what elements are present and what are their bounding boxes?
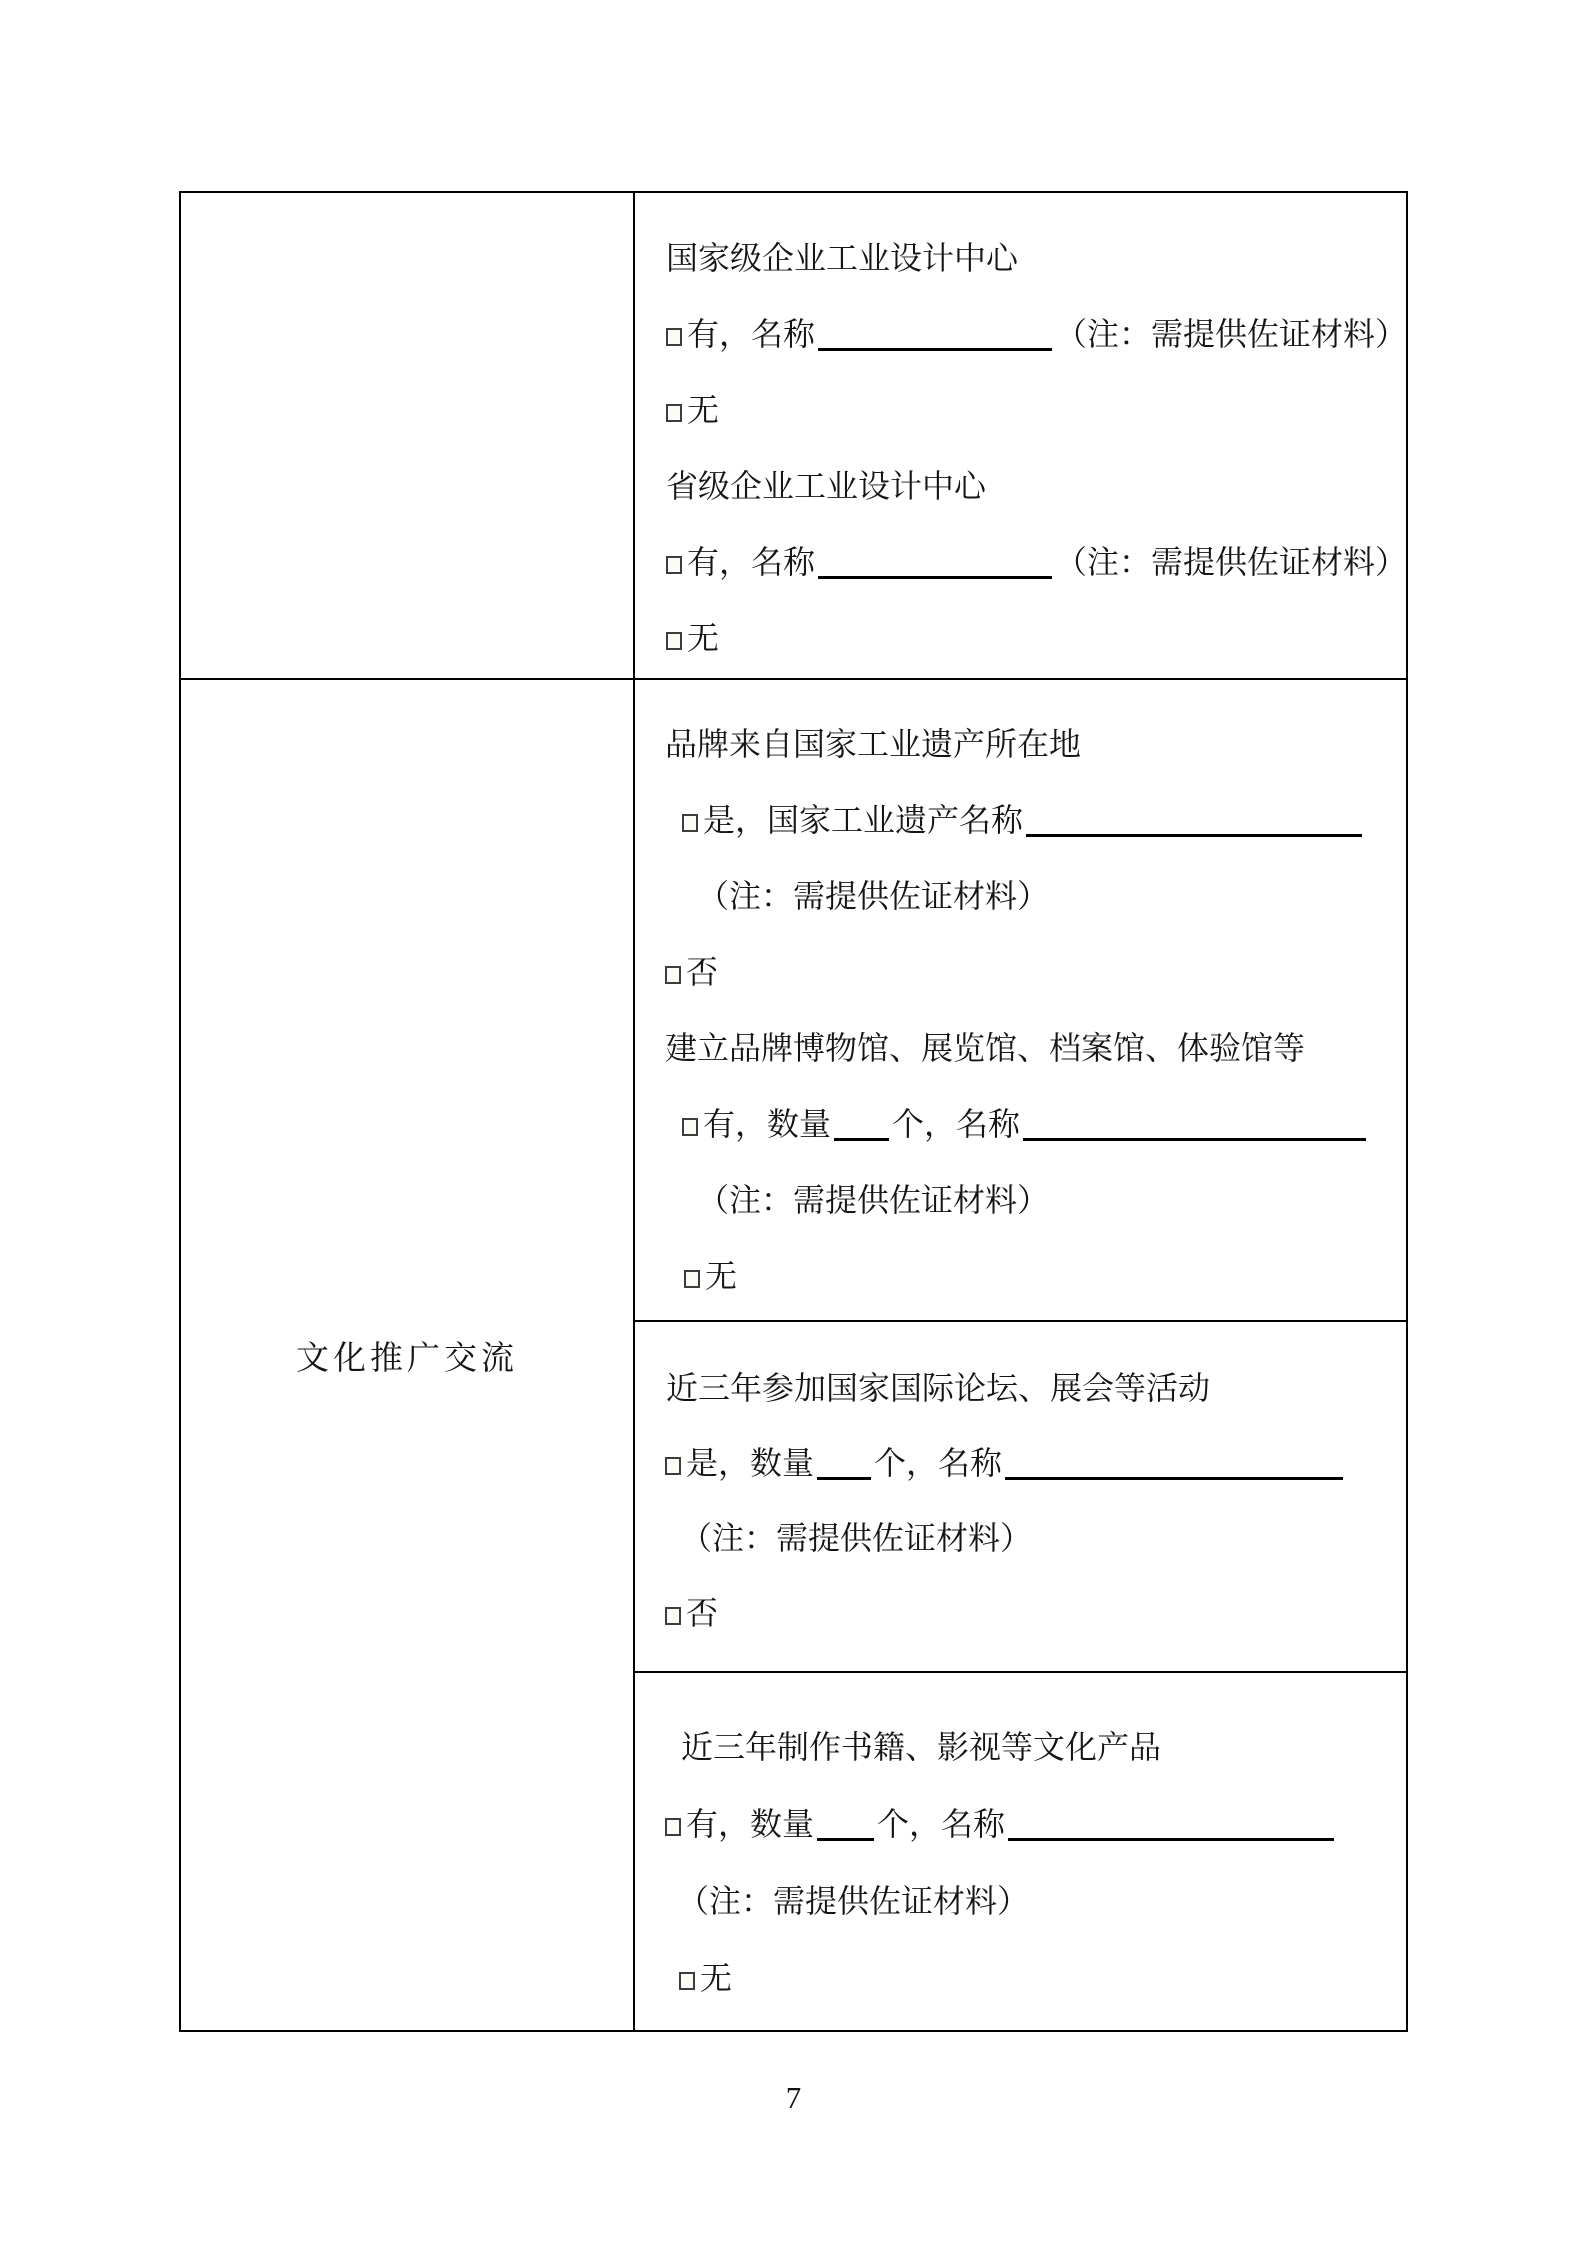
have-qty-label: 有，数量: [686, 1806, 814, 1842]
checkbox-forum-no[interactable]: [665, 1607, 681, 1625]
provincial-center-name-blank-field[interactable]: [818, 576, 1052, 579]
line-museum-none: 无: [635, 1238, 1406, 1314]
line-museum-note: （注：需提供佐证材料）: [635, 1162, 1406, 1238]
line-books-heading: 近三年制作书籍、影视等文化产品: [635, 1709, 1406, 1786]
form-table: 国家级企业工业设计中心 有，名称（注：需提供佐证材料） 无 省级企业工业设计中心…: [179, 191, 1408, 2032]
line-national-center-none: 无: [635, 372, 1406, 448]
none-label: 无: [705, 1258, 737, 1294]
evidence-note: （注：需提供佐证材料）: [697, 1182, 1049, 1218]
page-number: 7: [0, 2080, 1587, 2116]
none-label: 无: [700, 1960, 732, 1996]
culture-promotion-label-cell: 文化推广交流: [181, 680, 633, 2030]
checkbox-books-have[interactable]: [665, 1818, 681, 1836]
checkbox-museum-none[interactable]: [684, 1270, 700, 1288]
line-heritage-no: 否: [635, 934, 1406, 1010]
heritage-museum-section: 品牌来自国家工业遗产所在地 是，国家工业遗产名称 （注：需提供佐证材料） 否 建…: [635, 680, 1406, 1320]
checkbox-provincial-center-none[interactable]: [666, 632, 682, 650]
checkbox-national-center-have[interactable]: [666, 328, 682, 346]
books-media-section: 近三年制作书籍、影视等文化产品 有，数量个，名称 （注：需提供佐证材料） 无: [635, 1673, 1406, 2030]
line-books-note: （注：需提供佐证材料）: [635, 1863, 1406, 1940]
unit-name-label: 个，名称: [874, 1445, 1002, 1481]
books-qty-blank-field[interactable]: [817, 1838, 874, 1841]
books-heading: 近三年制作书籍、影视等文化产品: [681, 1729, 1161, 1765]
national-design-center-heading: 国家级企业工业设计中心: [666, 240, 1018, 276]
museum-name-blank-field[interactable]: [1023, 1138, 1366, 1141]
line-forum-yes: 是，数量个，名称: [635, 1426, 1406, 1501]
unit-name-label: 个，名称: [877, 1806, 1005, 1842]
museum-qty-blank-field[interactable]: [834, 1138, 889, 1141]
museum-heading: 建立品牌博物馆、展览馆、档案馆、体验馆等: [665, 1030, 1305, 1066]
line-provincial-center-none: 无: [635, 600, 1406, 676]
heritage-yes-label: 是，国家工业遗产名称: [703, 802, 1023, 838]
heritage-heading: 品牌来自国家工业遗产所在地: [665, 726, 1081, 762]
row1-label-cell: [181, 193, 633, 678]
forum-name-blank-field[interactable]: [1005, 1477, 1343, 1480]
evidence-note: （注：需提供佐证材料）: [677, 1883, 1029, 1919]
checkbox-forum-yes[interactable]: [665, 1457, 681, 1475]
line-provincial-design-center-heading: 省级企业工业设计中心: [635, 448, 1406, 524]
checkbox-heritage-yes[interactable]: [682, 814, 698, 832]
checkbox-provincial-center-have[interactable]: [666, 556, 682, 574]
line-heritage-yes: 是，国家工业遗产名称: [635, 782, 1406, 858]
line-forum-no: 否: [635, 1576, 1406, 1651]
evidence-note-inline: （注：需提供佐证材料）: [1055, 544, 1407, 580]
none-label: 无: [687, 392, 719, 428]
forum-qty-blank-field[interactable]: [817, 1477, 871, 1480]
row1-content-cell: 国家级企业工业设计中心 有，名称（注：需提供佐证材料） 无 省级企业工业设计中心…: [635, 193, 1406, 678]
line-books-none: 无: [635, 1940, 1406, 2017]
have-qty-label: 有，数量: [703, 1106, 831, 1142]
have-name-label: 有，名称: [687, 316, 815, 352]
checkbox-museum-have[interactable]: [682, 1118, 698, 1136]
no-label: 否: [686, 954, 718, 990]
line-national-design-center-heading: 国家级企业工业设计中心: [635, 220, 1406, 296]
line-forum-note: （注：需提供佐证材料）: [635, 1501, 1406, 1576]
unit-name-label: 个，名称: [892, 1106, 1020, 1142]
line-national-center-have: 有，名称（注：需提供佐证材料）: [635, 296, 1406, 372]
line-heritage-heading: 品牌来自国家工业遗产所在地: [635, 706, 1406, 782]
evidence-note-inline: （注：需提供佐证材料）: [1055, 316, 1407, 352]
line-books-have: 有，数量个，名称: [635, 1786, 1406, 1863]
national-center-name-blank-field[interactable]: [818, 348, 1052, 351]
checkbox-heritage-no[interactable]: [665, 966, 681, 984]
checkbox-national-center-none[interactable]: [666, 404, 682, 422]
line-museum-have: 有，数量个，名称: [635, 1086, 1406, 1162]
culture-promotion-label: 文化推广交流: [296, 1332, 518, 1379]
provincial-design-center-heading: 省级企业工业设计中心: [666, 468, 986, 504]
line-heritage-note: （注：需提供佐证材料）: [635, 858, 1406, 934]
line-forum-heading: 近三年参加国家国际论坛、展会等活动: [635, 1351, 1406, 1426]
checkbox-books-none[interactable]: [679, 1972, 695, 1990]
evidence-note: （注：需提供佐证材料）: [680, 1520, 1032, 1556]
have-name-label: 有，名称: [687, 544, 815, 580]
evidence-note: （注：需提供佐证材料）: [697, 878, 1049, 914]
line-provincial-center-have: 有，名称（注：需提供佐证材料）: [635, 524, 1406, 600]
forum-section: 近三年参加国家国际论坛、展会等活动 是，数量个，名称 （注：需提供佐证材料） 否: [635, 1322, 1406, 1671]
heritage-name-blank-field[interactable]: [1026, 834, 1362, 837]
books-name-blank-field[interactable]: [1008, 1838, 1334, 1841]
line-museum-heading: 建立品牌博物馆、展览馆、档案馆、体验馆等: [635, 1010, 1406, 1086]
no-label: 否: [686, 1595, 718, 1631]
yes-qty-label: 是，数量: [686, 1445, 814, 1481]
none-label: 无: [687, 620, 719, 656]
forum-heading: 近三年参加国家国际论坛、展会等活动: [666, 1370, 1210, 1406]
form-page: 国家级企业工业设计中心 有，名称（注：需提供佐证材料） 无 省级企业工业设计中心…: [0, 0, 1587, 2245]
